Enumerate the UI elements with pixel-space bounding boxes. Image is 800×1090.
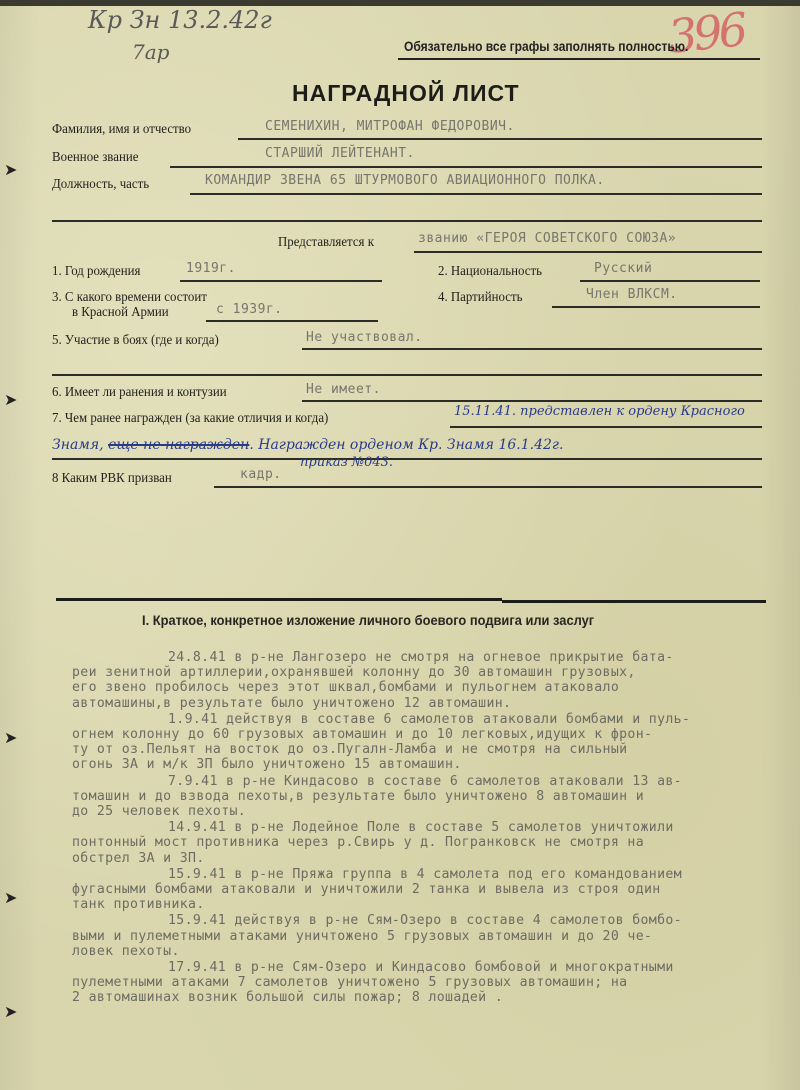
nationality-label: 2. Национальность xyxy=(438,264,542,280)
narrative-line: понтонный мост противника через р.Свирь … xyxy=(72,835,796,850)
narrative-paragraph: 24.8.41 в р-не Лангозеро не смотря на ог… xyxy=(72,650,796,711)
wounds-value: Не имеет. xyxy=(306,382,381,397)
party-label: 4. Партийность xyxy=(438,290,522,306)
narrative-text: 24.8.41 в р-не Лангозеро не смотря на ог… xyxy=(72,650,796,1007)
name-line xyxy=(238,138,762,140)
narrative-line: 14.9.41 в р-не Лодейное Поле в составе 5… xyxy=(72,820,796,835)
narrative-line: 15.9.41 действуя в р-не Сям-Озеро в сост… xyxy=(72,913,796,928)
requirement-underline xyxy=(398,58,760,60)
margin-tick-icon: ➤ xyxy=(4,1002,17,1021)
narrative-line: 1.9.41 действуя в составе 6 самолетов ат… xyxy=(72,712,796,727)
narrative-line: 24.8.41 в р-не Лангозеро не смотря на ог… xyxy=(72,650,796,665)
narrative-line: танк противника. xyxy=(72,897,796,912)
narrative-line: 15.9.41 в р-не Пряжа группа в 4 самолета… xyxy=(72,867,796,882)
narrative-line: его звено пробилось через этот шквал,бом… xyxy=(72,680,796,695)
narrative-paragraph: 15.9.41 действуя в р-не Сям-Озеро в сост… xyxy=(72,913,796,959)
rank-label: Военное звание xyxy=(52,150,138,166)
handwritten-sub-note: 7ар xyxy=(132,40,169,64)
blank-line xyxy=(52,220,762,222)
handwritten-award-note: Кр Зн 13.2.42г xyxy=(88,6,272,34)
narrative-paragraph: 1.9.41 действуя в составе 6 самолетов ат… xyxy=(72,712,796,773)
narrative-line: до 25 человек пехоты. xyxy=(72,804,796,819)
section-title: I. Краткое, конкретное изложение личного… xyxy=(142,612,594,628)
position-label: Должность, часть xyxy=(52,177,149,193)
name-value: СЕМЕНИХИН, МИТРОФАН ФЕДОРОВИЧ. xyxy=(265,119,515,134)
margin-tick-icon: ➤ xyxy=(4,390,17,409)
prior-awards-handwriting-3: приказ №043. xyxy=(300,455,393,470)
narrative-line: обстрел ЗА и ЗП. xyxy=(72,851,796,866)
name-label: Фамилия, имя и отчество xyxy=(52,122,191,138)
prior-awards-handwriting-1: 15.11.41. представлен к ордену Красного xyxy=(454,404,745,419)
army-since-label-1: 3. С какого времени состоит xyxy=(52,290,207,306)
position-line xyxy=(190,193,762,195)
margin-tick-icon: ➤ xyxy=(4,888,17,907)
party-value: Член ВЛКСМ. xyxy=(586,287,678,302)
handwriting-part: Знамя, xyxy=(52,437,104,453)
red-stamp-number: 396 xyxy=(665,2,746,64)
prior-awards-label: 7. Чем ранее награжден (за какие отличия… xyxy=(52,411,328,427)
nominated-line xyxy=(414,251,762,253)
rank-value: СТАРШИЙ ЛЕЙТЕНАНТ. xyxy=(265,146,415,161)
section-divider xyxy=(56,598,502,601)
narrative-line: 7.9.41 в р-не Киндасово в составе 6 само… xyxy=(72,774,796,789)
narrative-paragraph: 7.9.41 в р-не Киндасово в составе 6 само… xyxy=(72,774,796,820)
section-divider xyxy=(502,600,766,603)
narrative-line: фугасными бомбами атаковали и уничтожили… xyxy=(72,882,796,897)
narrative-line: ловек пехоты. xyxy=(72,944,796,959)
rvk-value: кадр. xyxy=(240,467,282,482)
narrative-line: автомашины,в результате было уничтожено … xyxy=(72,696,796,711)
wounds-line xyxy=(302,400,762,402)
narrative-paragraph: 14.9.41 в р-не Лодейное Поле в составе 5… xyxy=(72,820,796,866)
prior-awards-line xyxy=(450,426,762,428)
battles-line xyxy=(302,348,762,350)
birth-year-value: 1919г. xyxy=(186,261,236,276)
wounds-label: 6. Имеет ли ранения и контузии xyxy=(52,385,227,401)
margin-tick-icon: ➤ xyxy=(4,160,17,179)
handwriting-part: . Награжден орденом Кр. Знамя 16.1.42г. xyxy=(249,437,563,453)
birth-year-label: 1. Год рождения xyxy=(52,264,140,280)
nationality-value: Русский xyxy=(594,261,652,276)
requirement-note: Обязательно все графы заполнять полность… xyxy=(404,38,688,54)
prior-awards-handwriting-2: Знамя, еще не награжден. Награжден орден… xyxy=(52,437,563,453)
narrative-line: выми и пулеметными атаками уничтожено 5 … xyxy=(72,929,796,944)
nationality-line xyxy=(580,280,760,282)
army-since-value: с 1939г. xyxy=(216,302,283,317)
battles-value: Не участвовал. xyxy=(306,330,423,345)
narrative-line: ту от оз.Пельят на восток до оз.Пугалн-Л… xyxy=(72,742,796,757)
battles-label: 5. Участие в боях (где и когда) xyxy=(52,333,219,349)
narrative-line: 2 автомашинах возник большой силы пожар;… xyxy=(72,990,796,1005)
document-title: НАГРАДНОЙ ЛИСТ xyxy=(292,80,520,107)
narrative-line: реи зенитной артиллерии,охранявшей колон… xyxy=(72,665,796,680)
narrative-line: огонь ЗА и м/к ЗП было уничтожено 15 авт… xyxy=(72,757,796,772)
army-since-line xyxy=(206,320,378,322)
struck-out-text: еще не награжден xyxy=(108,437,249,453)
party-line xyxy=(552,306,760,308)
narrative-line: 17.9.41 в р-не Сям-Озеро и Киндасово бом… xyxy=(72,960,796,975)
nominated-value: званию «ГЕРОЯ СОВЕТСКОГО СОЮЗА» xyxy=(418,231,676,246)
birth-year-line xyxy=(180,280,382,282)
army-since-label-2: в Красной Армии xyxy=(72,305,169,321)
narrative-paragraph: 17.9.41 в р-не Сям-Озеро и Киндасово бом… xyxy=(72,960,796,1006)
narrative-line: пулеметными атаками 7 самолетов уничтоже… xyxy=(72,975,796,990)
rvk-label: 8 Каким РВК призван xyxy=(52,471,172,487)
rank-line xyxy=(170,166,762,168)
narrative-paragraph: 15.9.41 в р-не Пряжа группа в 4 самолета… xyxy=(72,867,796,913)
prior-awards-line-2 xyxy=(52,458,762,460)
margin-tick-icon: ➤ xyxy=(4,728,17,747)
position-value: КОМАНДИР ЗВЕНА 65 ШТУРМОВОГО АВИАЦИОННОГ… xyxy=(205,173,605,188)
nominated-label: Представляется к xyxy=(278,235,374,251)
narrative-line: томашин и до взвода пехоты,в результате … xyxy=(72,789,796,804)
rvk-line xyxy=(214,486,762,488)
narrative-line: огнем колонну до 60 грузовых автомашин и… xyxy=(72,727,796,742)
battles-line-2 xyxy=(52,374,762,376)
